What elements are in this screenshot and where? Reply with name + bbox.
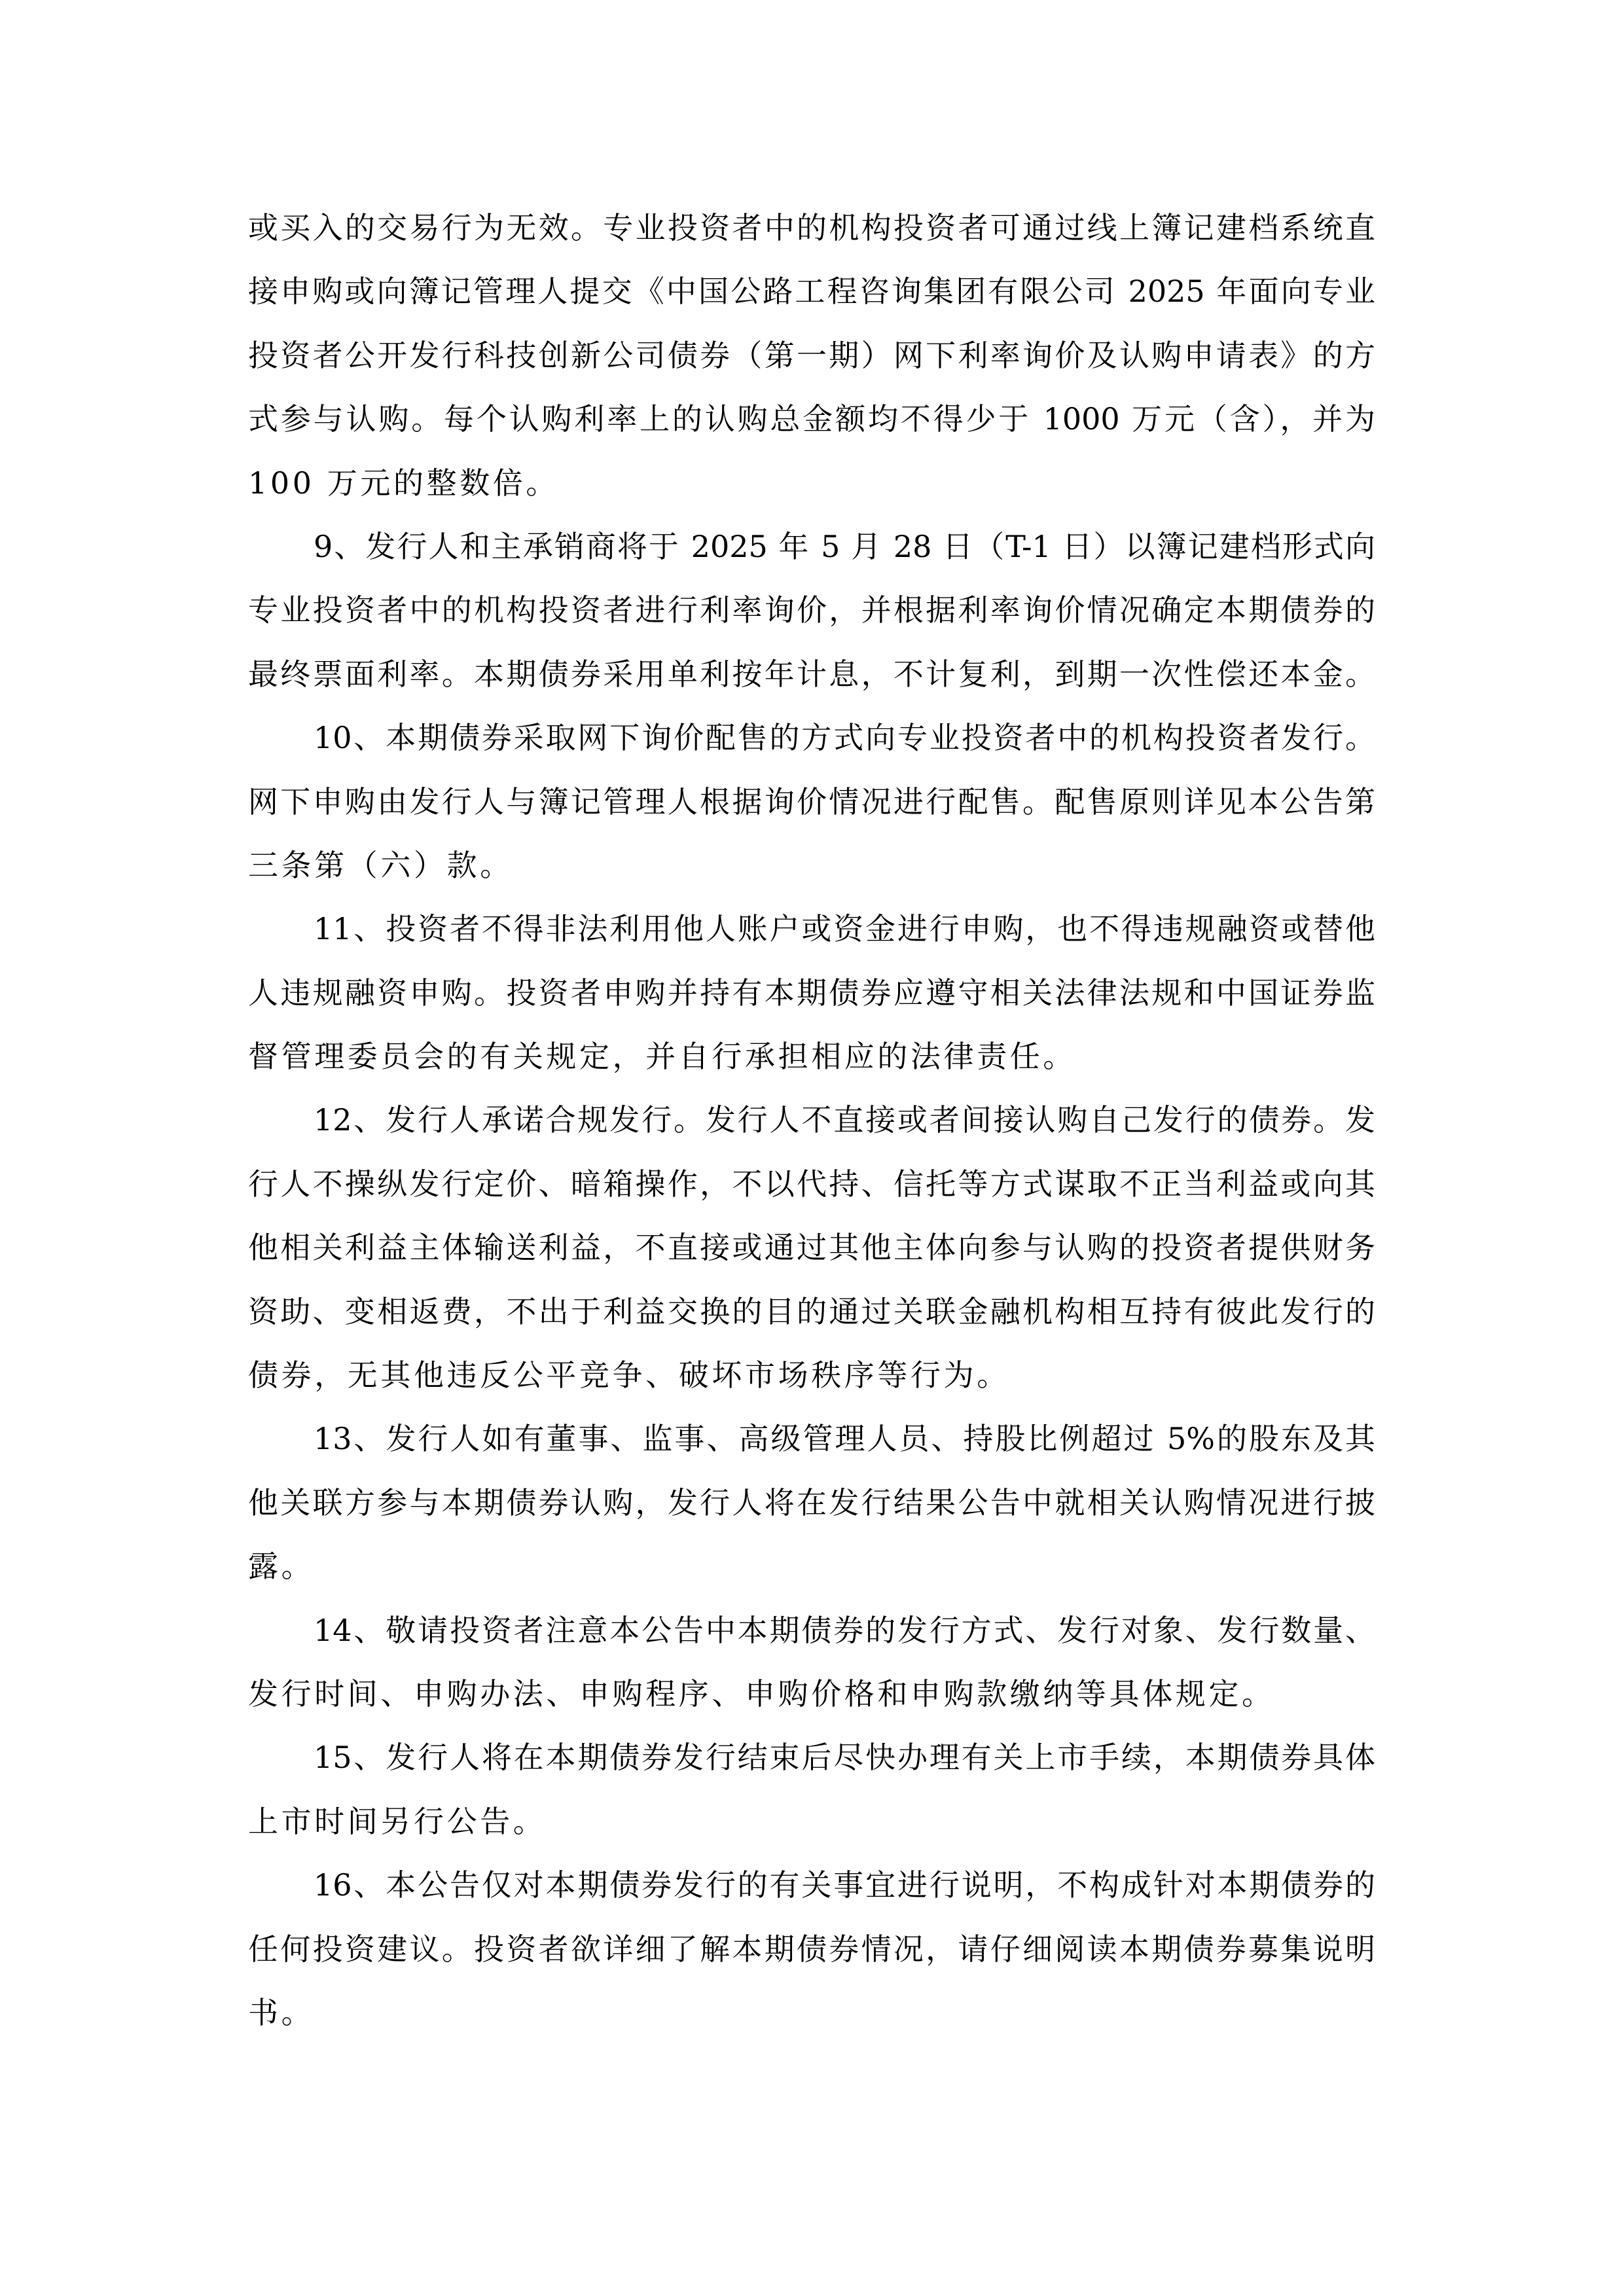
text-line: 上市时间另行公告。: [248, 1790, 1375, 1854]
paragraph-16: 16、本公告仅对本期债券发行的有关事宜进行说明，不构成针对本期债券的 任何投资建…: [248, 1854, 1375, 2045]
text-line: 12、发行人承诺合规发行。发行人不直接或者间接认购自己发行的债券。发: [248, 1088, 1375, 1152]
text-line: 督管理委员会的有关规定，并自行承担相应的法律责任。: [248, 1025, 1375, 1088]
text-line: 投资者公开发行科技创新公司债券（第一期）网下利率询价及认购申请表》的方: [248, 324, 1375, 387]
text-line: 露。: [248, 1535, 1375, 1598]
text-line: 三条第（六）款。: [248, 834, 1375, 897]
paragraph-9: 9、发行人和主承销商将于 2025 年 5 月 28 日（T-1 日）以簿记建档…: [248, 515, 1375, 706]
text-line: 14、敬请投资者注意本公告中本期债券的发行方式、发行对象、发行数量、: [248, 1599, 1375, 1662]
text-line: 他关联方参与本期债券认购，发行人将在发行结果公告中就相关认购情况进行披: [248, 1471, 1375, 1535]
document-page: 或买入的交易行为无效。专业投资者中的机构投资者可通过线上簿记建档系统直 接申购或…: [0, 0, 1624, 2296]
paragraph-15: 15、发行人将在本期债券发行结束后尽快办理有关上市手续，本期债券具体 上市时间另…: [248, 1726, 1375, 1854]
text-line: 接申购或向簿记管理人提交《中国公路工程咨询集团有限公司 2025 年面向专业: [248, 260, 1375, 323]
text-line: 网下申购由发行人与簿记管理人根据询价情况进行配售。配售原则详见本公告第: [248, 770, 1375, 834]
text-line: 或买入的交易行为无效。专业投资者中的机构投资者可通过线上簿记建档系统直: [248, 196, 1375, 260]
text-line: 书。: [248, 1981, 1375, 2045]
paragraph-12: 12、发行人承诺合规发行。发行人不直接或者间接认购自己发行的债券。发 行人不操纵…: [248, 1088, 1375, 1407]
text-line: 9、发行人和主承销商将于 2025 年 5 月 28 日（T-1 日）以簿记建档…: [248, 515, 1375, 579]
text-line: 行人不操纵发行定价、暗箱操作，不以代持、信托等方式谋取不正当利益或向其: [248, 1153, 1375, 1216]
text-line: 资助、变相返费，不出于利益交换的目的通过关联金融机构相互持有彼此发行的: [248, 1280, 1375, 1344]
text-line: 人违规融资申购。投资者申购并持有本期债券应遵守相关法律法规和中国证券监: [248, 961, 1375, 1025]
text-line: 专业投资者中的机构投资者进行利率询价，并根据利率询价情况确定本期债券的: [248, 579, 1375, 642]
paragraph-14: 14、敬请投资者注意本公告中本期债券的发行方式、发行对象、发行数量、 发行时间、…: [248, 1599, 1375, 1727]
paragraph-11: 11、投资者不得非法利用他人账户或资金进行申购，也不得违规融资或替他 人违规融资…: [248, 897, 1375, 1088]
text-line: 15、发行人将在本期债券发行结束后尽快办理有关上市手续，本期债券具体: [248, 1726, 1375, 1789]
paragraph-10: 10、本期债券采取网下询价配售的方式向专业投资者中的机构投资者发行。 网下申购由…: [248, 706, 1375, 897]
text-line: 10、本期债券采取网下询价配售的方式向专业投资者中的机构投资者发行。: [248, 706, 1375, 770]
document-body: 或买入的交易行为无效。专业投资者中的机构投资者可通过线上簿记建档系统直 接申购或…: [248, 196, 1375, 2045]
text-line: 100 万元的整数倍。: [248, 452, 1375, 515]
paragraph-13: 13、发行人如有董事、监事、高级管理人员、持股比例超过 5%的股东及其 他关联方…: [248, 1407, 1375, 1598]
text-line: 式参与认购。每个认购利率上的认购总金额均不得少于 1000 万元（含），并为: [248, 387, 1375, 451]
text-line: 11、投资者不得非法利用他人账户或资金进行申购，也不得违规融资或替他: [248, 897, 1375, 961]
text-line: 发行时间、申购办法、申购程序、申购价格和申购款缴纳等具体规定。: [248, 1662, 1375, 1726]
text-line: 他相关利益主体输送利益，不直接或通过其他主体向参与认购的投资者提供财务: [248, 1216, 1375, 1280]
text-line: 任何投资建议。投资者欲详细了解本期债券情况，请仔细阅读本期债券募集说明: [248, 1918, 1375, 1981]
text-line: 16、本公告仅对本期债券发行的有关事宜进行说明，不构成针对本期债券的: [248, 1854, 1375, 1917]
paragraph-8-continuation: 或买入的交易行为无效。专业投资者中的机构投资者可通过线上簿记建档系统直 接申购或…: [248, 196, 1375, 515]
text-line: 13、发行人如有董事、监事、高级管理人员、持股比例超过 5%的股东及其: [248, 1407, 1375, 1471]
text-line: 最终票面利率。本期债券采用单利按年计息，不计复利，到期一次性偿还本金。: [248, 643, 1375, 706]
text-line: 债券，无其他违反公平竞争、破坏市场秩序等行为。: [248, 1344, 1375, 1407]
